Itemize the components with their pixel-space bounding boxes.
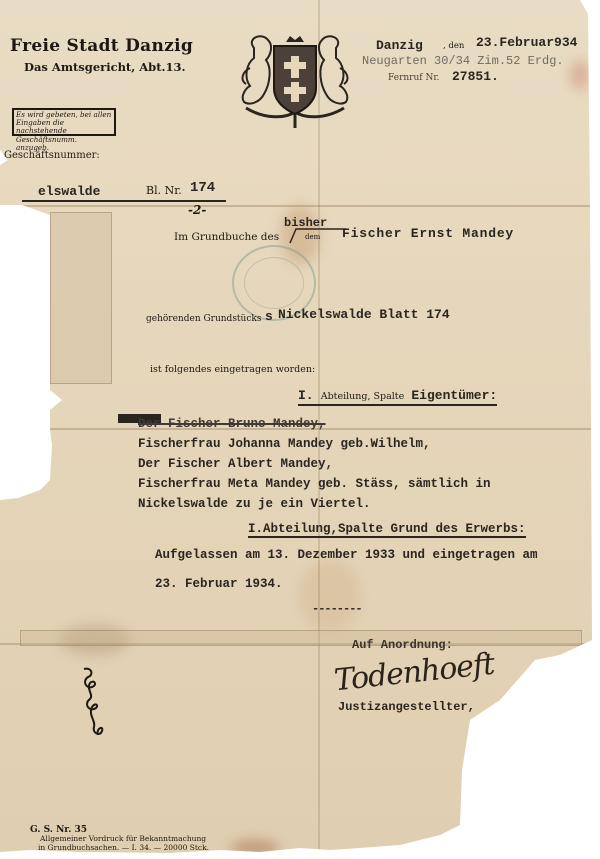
section1-heading: I. Abteilung, Spalte Eigentümer:	[298, 384, 497, 406]
phone-label: Fernruf Nr.	[388, 73, 440, 83]
order-label: Auf Anordnung:	[352, 638, 453, 652]
owner-line-struck: Der Fischer Bruno Mandey,	[138, 417, 326, 431]
stain	[300, 560, 360, 630]
document-paper: Freie Stadt Danzig Das Amtsgericht, Abt.…	[0, 0, 600, 859]
property-value: Nickelswalde Blatt 174	[278, 307, 450, 322]
date-prefix: , den	[443, 41, 464, 51]
notice-line: Eingaben die nachstehende	[16, 119, 112, 135]
danzig-coat-of-arms-icon	[236, 28, 354, 132]
property-prefix: s	[265, 309, 273, 324]
handwritten-flourish-icon	[78, 665, 108, 740]
court-name: Das Amtsgericht, Abt.13.	[24, 60, 186, 74]
sheet-number: 174	[190, 180, 215, 196]
case-underline	[22, 200, 226, 202]
section1-printed-label: Abteilung, Spalte	[321, 391, 405, 402]
section2-heading: I.Abteilung,Spalte Grund des Erwerbs:	[248, 522, 526, 538]
small-label: dem	[305, 233, 320, 241]
signer-title: Justizangestellter,	[338, 700, 475, 714]
header-address: Neugarten 30/34 Zim.52 Erdg.	[362, 54, 564, 68]
state-name: Freie Stadt Danzig	[10, 36, 193, 56]
grundbuch-label: Im Grundbuche des	[174, 231, 279, 243]
form-print-run: in Grundbuchsachen. — I. 34. — 20000 Stc…	[38, 843, 209, 852]
notice-box: Es wird gebeten, bei allen Eingaben die …	[12, 108, 116, 136]
owner-line: Fischerfrau Johanna Mandey geb.Wilhelm,	[138, 437, 431, 451]
form-description: Allgemeiner Vordruck für Bekanntmachung	[40, 834, 206, 843]
page-marker: -2-	[188, 203, 206, 217]
section1-typed-label: Eigentümer:	[411, 388, 497, 403]
entered-label: ist folgendes eingetragen worden:	[150, 364, 315, 375]
separator-line: --------	[312, 602, 362, 616]
acquisition-line: Aufgelassen am 13. Dezember 1933 und ein…	[155, 548, 538, 562]
fold-line	[0, 205, 600, 207]
tape-patch	[50, 212, 112, 384]
handwritten-signature: Todenhoeft	[333, 647, 496, 699]
stain	[230, 840, 280, 856]
tape-patch	[20, 630, 582, 646]
owner-line: Fischerfrau Meta Mandey geb. Stäss, sämt…	[138, 477, 491, 491]
stain	[570, 60, 590, 90]
header-date: 23.Februar934	[476, 35, 577, 50]
sheet-label: Bl. Nr.	[146, 184, 182, 197]
acquisition-line: 23. Februar 1934.	[155, 577, 283, 591]
property-label: gehörenden Grundstücks	[146, 314, 261, 324]
owner-line: Der Fischer Albert Mandey,	[138, 457, 333, 471]
owner-name: Fischer Ernst Mandey	[342, 226, 514, 241]
case-number-label: Geschäftsnummer:	[4, 150, 100, 161]
case-place: elswalde	[38, 184, 100, 199]
owner-line: Nickelswalde zu je ein Viertel.	[138, 497, 371, 511]
header-city: Danzig	[376, 38, 423, 53]
phone-number: 27851.	[452, 69, 499, 84]
section1-prefix: I.	[298, 388, 314, 403]
